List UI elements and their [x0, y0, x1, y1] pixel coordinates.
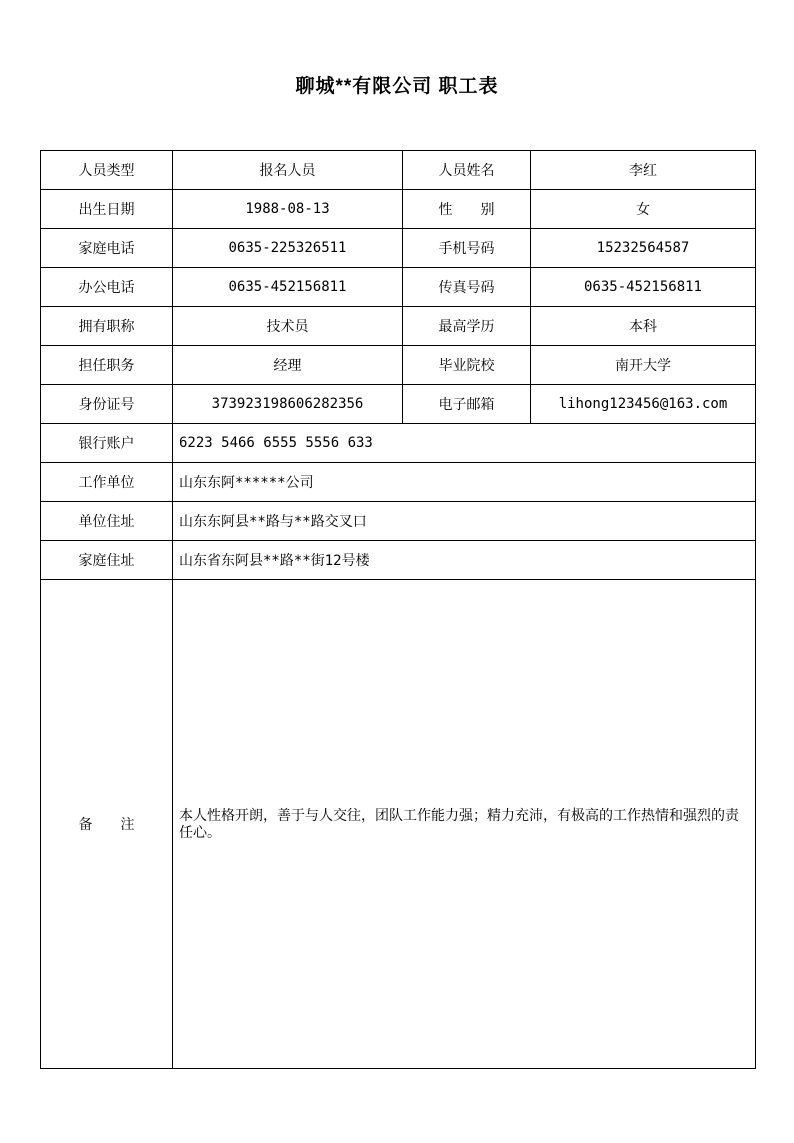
personnel-type-value: 报名人员 [173, 151, 403, 190]
office-phone-value: 0635-452156811 [173, 268, 403, 307]
fax-number-value: 0635-452156811 [531, 268, 756, 307]
job-title-value: 技术员 [173, 307, 403, 346]
table-row: 人员类型 报名人员 人员姓名 李红 [41, 151, 756, 190]
work-unit-label: 工作单位 [41, 463, 173, 502]
bank-account-value: 6223 5466 6555 5556 633 [173, 424, 756, 463]
table-row: 单位住址 山东东阿县**路与**路交叉口 [41, 502, 756, 541]
home-phone-label: 家庭电话 [41, 229, 173, 268]
highest-education-label: 最高学历 [403, 307, 531, 346]
position-value: 经理 [173, 346, 403, 385]
home-address-value: 山东省东阿县**路**街12号楼 [173, 541, 756, 580]
mobile-number-label: 手机号码 [403, 229, 531, 268]
table-row: 家庭住址 山东省东阿县**路**街12号楼 [41, 541, 756, 580]
graduate-school-label: 毕业院校 [403, 346, 531, 385]
bank-account-label: 银行账户 [41, 424, 173, 463]
table-row: 出生日期 1988-08-13 性 别 女 [41, 190, 756, 229]
table-row: 银行账户 6223 5466 6555 5556 633 [41, 424, 756, 463]
personnel-name-label: 人员姓名 [403, 151, 531, 190]
job-title-label: 拥有职称 [41, 307, 173, 346]
work-unit-value: 山东东阿******公司 [173, 463, 756, 502]
document-page: 聊城**有限公司 职工表 人员类型 报名人员 人员姓名 李红 出生日期 1988… [0, 0, 794, 1143]
graduate-school-value: 南开大学 [531, 346, 756, 385]
remarks-label: 备 注 [41, 580, 173, 1069]
unit-address-value: 山东东阿县**路与**路交叉口 [173, 502, 756, 541]
fax-number-label: 传真号码 [403, 268, 531, 307]
employee-info-table: 人员类型 报名人员 人员姓名 李红 出生日期 1988-08-13 性 别 女 … [40, 150, 756, 1069]
home-phone-value: 0635-225326511 [173, 229, 403, 268]
mobile-number-value: 15232564587 [531, 229, 756, 268]
table-row: 家庭电话 0635-225326511 手机号码 15232564587 [41, 229, 756, 268]
id-number-label: 身份证号 [41, 385, 173, 424]
unit-address-label: 单位住址 [41, 502, 173, 541]
personnel-name-value: 李红 [531, 151, 756, 190]
table-row: 担任职务 经理 毕业院校 南开大学 [41, 346, 756, 385]
personnel-type-label: 人员类型 [41, 151, 173, 190]
email-value: lihong123456@163.com [531, 385, 756, 424]
table-row: 拥有职称 技术员 最高学历 本科 [41, 307, 756, 346]
gender-value: 女 [531, 190, 756, 229]
home-address-label: 家庭住址 [41, 541, 173, 580]
remarks-value: 本人性格开朗，善于与人交往，团队工作能力强；精力充沛，有极高的工作热情和强烈的责… [173, 580, 756, 1069]
table-row: 工作单位 山东东阿******公司 [41, 463, 756, 502]
table-row-remarks: 备 注 本人性格开朗，善于与人交往，团队工作能力强；精力充沛，有极高的工作热情和… [41, 580, 756, 1069]
birth-date-label: 出生日期 [41, 190, 173, 229]
birth-date-value: 1988-08-13 [173, 190, 403, 229]
id-number-value: 373923198606282356 [173, 385, 403, 424]
gender-label: 性 别 [403, 190, 531, 229]
table-row: 办公电话 0635-452156811 传真号码 0635-452156811 [41, 268, 756, 307]
table-row: 身份证号 373923198606282356 电子邮箱 lihong12345… [41, 385, 756, 424]
office-phone-label: 办公电话 [41, 268, 173, 307]
position-label: 担任职务 [41, 346, 173, 385]
highest-education-value: 本科 [531, 307, 756, 346]
page-title: 聊城**有限公司 职工表 [0, 72, 794, 102]
email-label: 电子邮箱 [403, 385, 531, 424]
